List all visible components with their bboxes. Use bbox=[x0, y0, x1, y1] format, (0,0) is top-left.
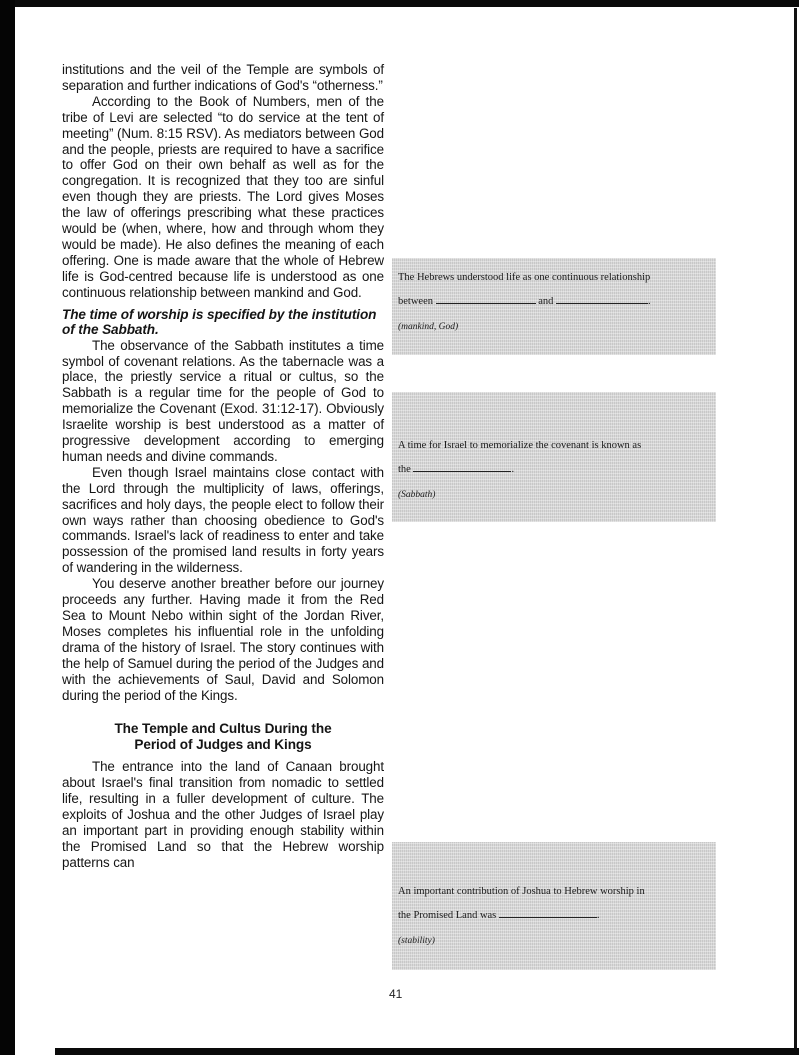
answer-key: (mankind, God) bbox=[398, 322, 710, 332]
paragraph: The entrance into the land of Canaan bro… bbox=[62, 759, 384, 870]
question-text: . bbox=[648, 296, 651, 307]
question-text: the bbox=[398, 464, 411, 475]
question-text: and bbox=[538, 296, 553, 307]
answer-key: (Sabbath) bbox=[398, 490, 710, 500]
review-question-box: The Hebrews understood life as one conti… bbox=[392, 258, 716, 355]
page-number: 41 bbox=[389, 987, 402, 1001]
question-text: . bbox=[597, 910, 600, 921]
paragraph: institutions and the veil of the Temple … bbox=[62, 62, 384, 94]
section-heading-line: Period of Judges and Kings bbox=[62, 737, 384, 753]
paragraph: The observance of the Sabbath institutes… bbox=[62, 338, 384, 465]
fill-in-blank[interactable] bbox=[413, 463, 511, 472]
paragraph: You deserve another breather before our … bbox=[62, 576, 384, 703]
question-text: . bbox=[511, 464, 514, 475]
fill-in-blank[interactable] bbox=[499, 909, 597, 918]
review-question-box: An important contribution of Joshua to H… bbox=[392, 842, 716, 970]
question-text: the Promised Land was bbox=[398, 910, 496, 921]
scan-border-top bbox=[0, 0, 799, 7]
scan-border-right bbox=[794, 8, 797, 1048]
paragraph: Even though Israel maintains close conta… bbox=[62, 465, 384, 576]
scan-border-left bbox=[0, 0, 15, 1055]
fill-in-blank[interactable] bbox=[436, 295, 536, 304]
question-line: A time for Israel to memorialize the cov… bbox=[398, 434, 710, 458]
answer-key: (stability) bbox=[398, 936, 710, 946]
italic-subheading: The time of worship is specified by the … bbox=[62, 307, 384, 338]
question-line: between and . bbox=[398, 290, 710, 314]
question-line: the . bbox=[398, 458, 710, 482]
question-line: the Promised Land was . bbox=[398, 904, 710, 928]
review-question-box: A time for Israel to memorialize the cov… bbox=[392, 392, 716, 522]
main-text-column: institutions and the veil of the Temple … bbox=[62, 62, 384, 871]
section-heading-line: The Temple and Cultus During the bbox=[62, 721, 384, 737]
scan-border-bottom bbox=[55, 1048, 799, 1055]
question-text: between bbox=[398, 296, 433, 307]
question-line: An important contribution of Joshua to H… bbox=[398, 880, 710, 904]
fill-in-blank[interactable] bbox=[556, 295, 648, 304]
section-heading: The Temple and Cultus During the Period … bbox=[62, 721, 384, 753]
question-line: The Hebrews understood life as one conti… bbox=[398, 266, 710, 290]
paragraph: According to the Book of Numbers, men of… bbox=[62, 94, 384, 301]
